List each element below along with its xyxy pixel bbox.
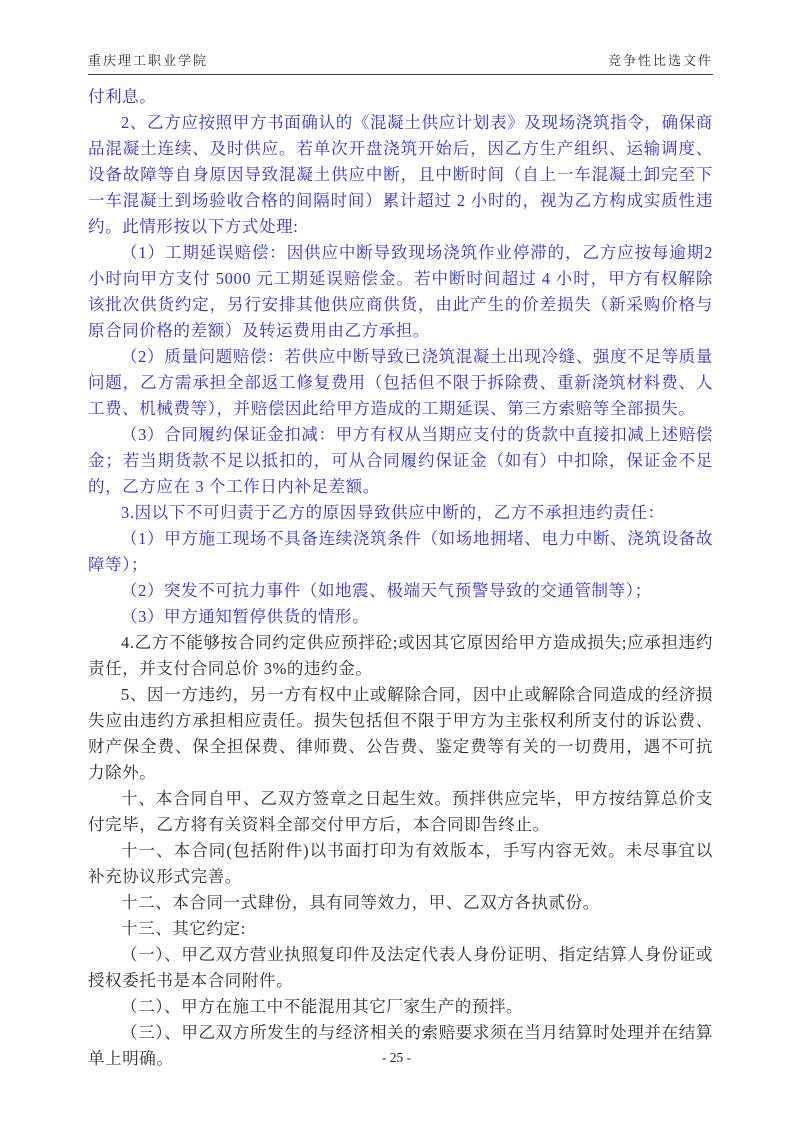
paragraph: （二）、甲方在施工中不能混用其它厂家生产的预拌。 xyxy=(88,994,713,1020)
paragraph: （一）、甲乙双方营业执照复印件及法定代表人身份证明、指定结算人身份证或授权委托书… xyxy=(88,942,713,994)
page-header: 重庆理工职业学院 竞争性比选文件 xyxy=(88,50,713,75)
header-right-text: 竞争性比选文件 xyxy=(608,50,713,69)
paragraph: 付利息。 xyxy=(88,84,713,110)
paragraph: （3）合同履约保证金扣减：甲方有权从当期应支付的货款中直接扣减上述赔偿金；若当期… xyxy=(88,422,713,500)
page-number: - 25 - xyxy=(0,1050,793,1066)
paragraph: 5、因一方违约，另一方有权中止或解除合同，因中止或解除合同造成的经济损失应由违约… xyxy=(88,682,713,786)
paragraph: 4.乙方不能够按合同约定供应预拌砼;或因其它原因给甲方造成损失;应承担违约责任，… xyxy=(88,630,713,682)
paragraph: （2）质量问题赔偿：若供应中断导致已浇筑混凝土出现冷缝、强度不足等质量问题，乙方… xyxy=(88,344,713,422)
paragraph: 十三、其它约定: xyxy=(88,916,713,942)
paragraph: （1）工期延误赔偿：因供应中断导致现场浇筑作业停滞的，乙方应按每逾期2小时向甲方… xyxy=(88,240,713,344)
paragraph: （2）突发不可抗力事件（如地震、极端天气预警导致的交通管制等）； xyxy=(88,578,713,604)
paragraph: 2、乙方应按照甲方书面确认的《混凝土供应计划表》及现场浇筑指令，确保商品混凝土连… xyxy=(88,110,713,240)
paragraph: 十二、本合同一式肆份，具有同等效力，甲、乙双方各执贰份。 xyxy=(88,890,713,916)
header-left-text: 重庆理工职业学院 xyxy=(88,50,208,69)
document-body: 付利息。2、乙方应按照甲方书面确认的《混凝土供应计划表》及现场浇筑指令，确保商品… xyxy=(88,84,713,1072)
paragraph: （3）甲方通知暂停供货的情形。 xyxy=(88,604,713,630)
paragraph: 3.因以下不可归责于乙方的原因导致供应中断的，乙方不承担违约责任： xyxy=(88,500,713,526)
paragraph: 十、本合同自甲、乙双方签章之日起生效。预拌供应完毕，甲方按结算总价支付完毕，乙方… xyxy=(88,786,713,838)
paragraph: 十一、本合同(包括附件)以书面打印为有效版本，手写内容无效。未尽事宜以补充协议形… xyxy=(88,838,713,890)
document-page: 重庆理工职业学院 竞争性比选文件 付利息。2、乙方应按照甲方书面确认的《混凝土供… xyxy=(0,0,793,1122)
paragraph: （1）甲方施工现场不具备连续浇筑条件（如场地拥堵、电力中断、浇筑设备故障等）； xyxy=(88,526,713,578)
